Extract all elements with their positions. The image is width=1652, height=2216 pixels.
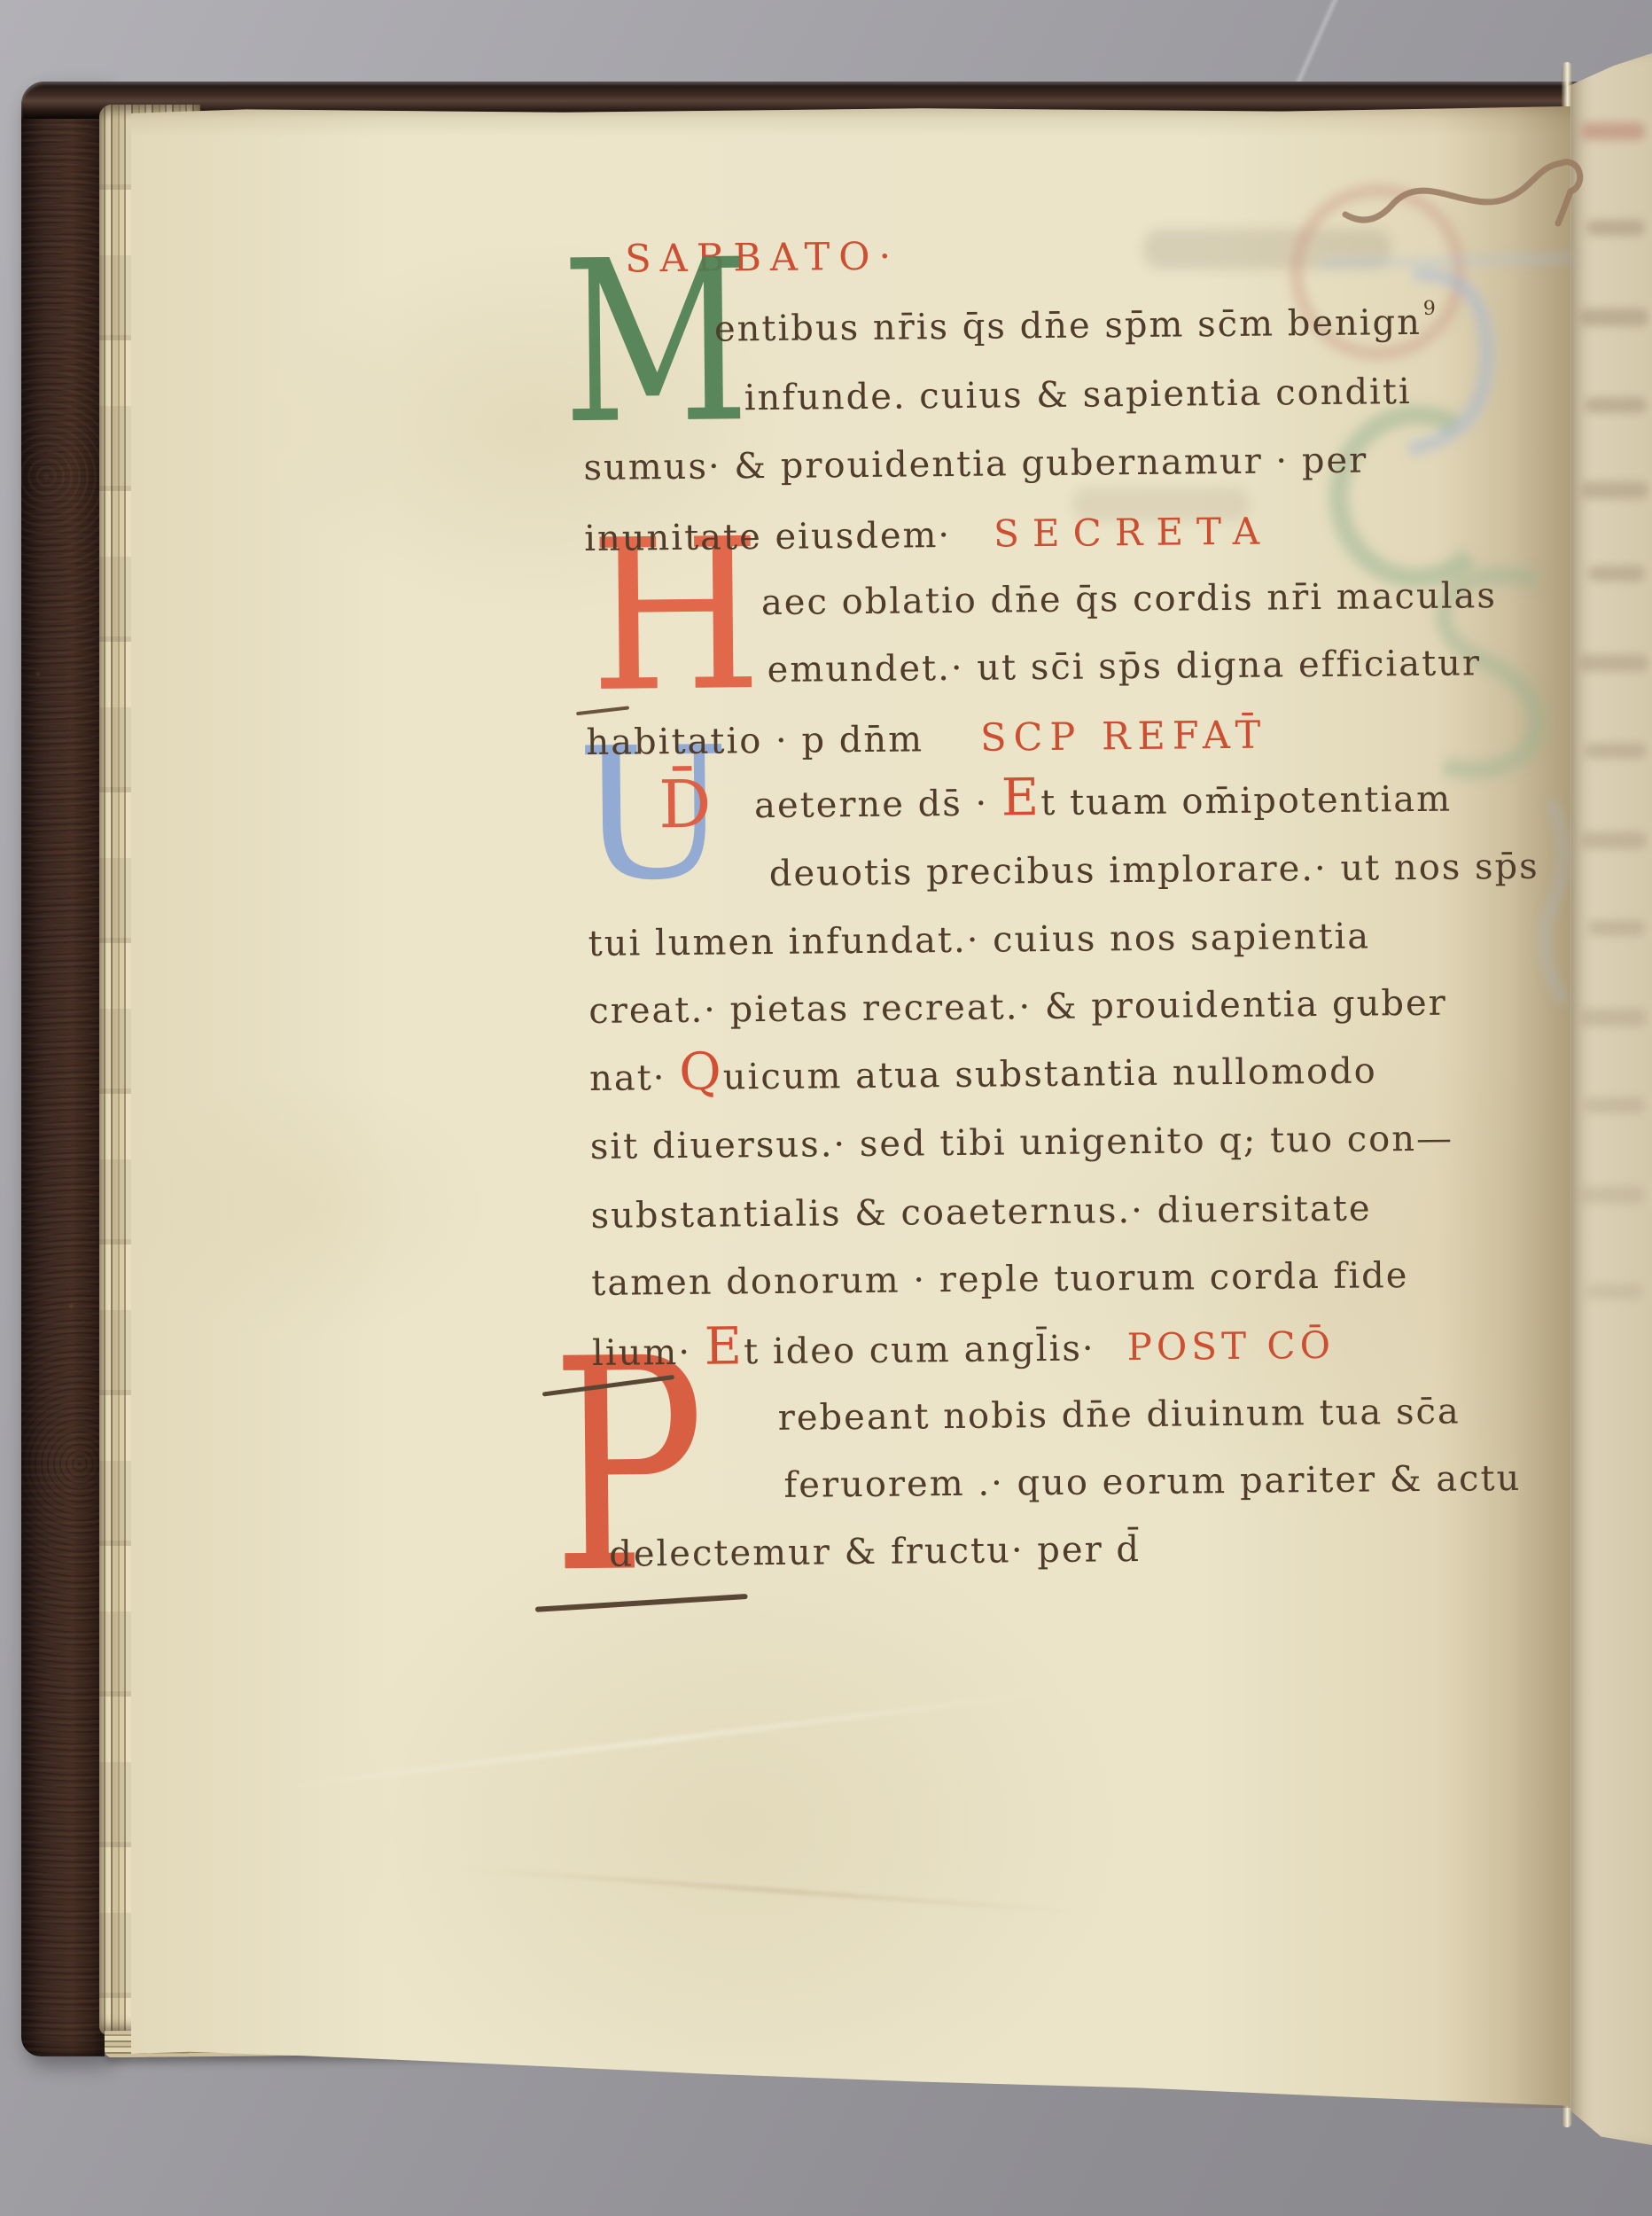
rubric-secreta: SECRETA: [994, 510, 1273, 556]
text-line: feruorem .· quo eorum pariter & actu: [783, 1458, 1521, 1506]
text-line: tamen donorum · reple tuorum corda fide: [591, 1255, 1409, 1304]
text-line: aeterne ds̄ · Et tuam om̄ipotentiam: [754, 779, 1452, 827]
text-line: delectemur & fructu· per d̄: [609, 1529, 1141, 1575]
initial-d: D̄: [658, 772, 712, 839]
red-capital: E: [704, 1315, 744, 1376]
text-line: sit diuersus.· sed tibi unigenito q; tuo…: [590, 1119, 1454, 1167]
text-line: entibus nr̄is q̄s dn̄e sp̄m sc̄m benign9: [714, 302, 1436, 350]
text-line: nat· Quicum atua substantia nullomodo: [589, 1050, 1377, 1099]
us-abbreviation: 9: [1423, 298, 1438, 320]
text-block: SABBATO· M H U D̄ P entibus nr̄is q̄s dn…: [0, 0, 1652, 2216]
text-line: tui lumen infundat.· cuius nos sapientia: [588, 916, 1370, 964]
manuscript-photo: SABBATO· M H U D̄ P entibus nr̄is q̄s dn…: [0, 0, 1652, 2216]
text-line: creat.· pietas recreat.· & prouidentia g…: [588, 983, 1447, 1032]
text-line: infunde. cuius & sapientia conditi: [744, 371, 1412, 418]
text-line: aec oblatio dn̄e q̄s cordis nr̄i maculas: [761, 575, 1497, 623]
text-line: habitatio · p dn̄mSCP REFAT̄: [586, 714, 1267, 764]
text-line: inunitate eiusdem·SECRETA: [584, 510, 1273, 559]
text-line: substantialis & coaeternus.· diuersitate: [590, 1188, 1371, 1236]
text-line: emundet.· ut sc̄i sp̄s digna efficiatur: [767, 643, 1481, 691]
text-line: rebeant nobis dn̄e diuinum tua sc̄a: [778, 1392, 1461, 1439]
red-capital: E: [1001, 767, 1041, 827]
text-line: sumus· & prouidentia gubernamur · per: [583, 441, 1368, 488]
rubric-post-communio: POST CŌ: [1126, 1323, 1335, 1369]
text-line: deuotis precibus implorare.· ut nos sp̄s: [769, 847, 1539, 894]
red-capital: Q: [679, 1042, 723, 1102]
text-line: lium· Et ideo cum angl̄is·POST CŌ: [592, 1323, 1335, 1374]
rubric-praefatio: SCP REFAT̄: [980, 714, 1268, 761]
